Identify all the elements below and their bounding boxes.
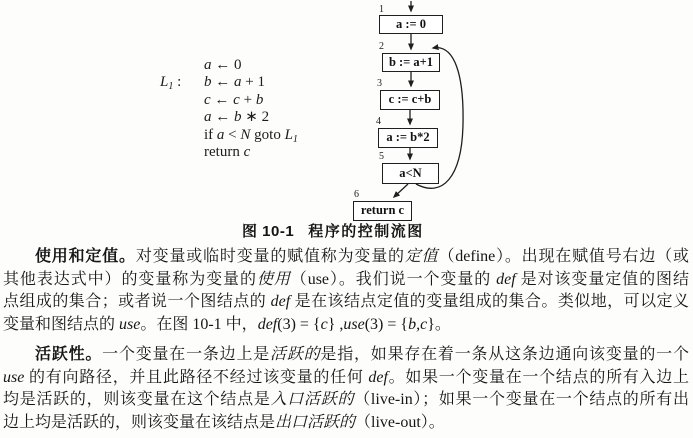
flow-node-5: a<N [382, 163, 439, 184]
text-segment: ← [212, 74, 235, 90]
flow-node-1-number: 1 [379, 5, 384, 15]
text-segment: b [256, 92, 264, 108]
flow-node-1: a := 0 [379, 15, 443, 34]
text-segment: goto [250, 127, 284, 143]
pseudocode-code: return c [204, 144, 250, 160]
text-segment: 使用和定值。 [35, 248, 136, 265]
text-segment: 定值 [405, 248, 439, 265]
body-line: 点组成的集合；或者说一个图结点的 def 是在该结点定值的变量组成的集合。类似地… [3, 291, 689, 314]
text-segment: } , [328, 316, 344, 333]
text-segment: + 1 [242, 74, 265, 90]
figure-caption: 图 10-1程序的控制流图 [242, 220, 424, 241]
text-segment: 一个变量在一条边上是 [102, 346, 270, 363]
text-segment: 活跃性。 [35, 346, 102, 363]
pseudocode-line: a ← b ∗ 2 [160, 109, 298, 126]
flow-node-4: a := b*2 [378, 128, 438, 148]
pseudocode-line: a ← 0 [160, 57, 298, 74]
flow-node-6: return c [353, 201, 412, 221]
text-segment: ← [212, 109, 235, 125]
text-segment: return [204, 144, 244, 160]
text-segment: : [173, 74, 181, 90]
text-segment: def [496, 271, 516, 288]
body-line: 变量和图结点的 use。在图 10-1 中，def(3) = {c} ,use(… [3, 314, 689, 337]
pseudocode-code: a ← b ∗ 2 [204, 109, 269, 125]
edge-5-6 [394, 184, 408, 197]
text-segment: L [285, 127, 293, 143]
pseudocode-code: c ← c + b [204, 92, 263, 108]
body-line: use 的有向路径，并且此路径不经过该变量的任何 def。如果一个变量在一个结点… [3, 367, 689, 390]
text-segment: b [234, 109, 242, 125]
flow-node-5-number: 5 [379, 152, 384, 162]
pseudocode-code: a ← 0 [204, 57, 242, 73]
text-segment: 入口活跃的 [271, 391, 355, 408]
text-segment: ← [211, 92, 234, 108]
body-text: 使用和定值。对变量或临时变量的赋值称为变量的定值（define）。出现在赋值号右… [3, 246, 689, 435]
text-segment: 点组成的集合；或者说一个图结点的 [3, 293, 271, 310]
body-line: 均是活跃的，则该变量在这个结点是入口活跃的（live-in）；如果一个变量在一个… [3, 389, 689, 412]
body-line: 使用和定值。对变量或临时变量的赋值称为变量的定值（define）。出现在赋值号右… [3, 246, 689, 269]
text-segment: def [271, 293, 291, 310]
pseudocode-line: return c [160, 144, 298, 161]
text-segment: 是在该结点定值的变量组成的集合。类似地，可以定义 [290, 293, 689, 310]
text-segment: 。如果一个变量在一个结点的所有入边上 [388, 369, 689, 386]
text-segment: c [233, 92, 240, 108]
flowchart-arrows [0, 0, 693, 246]
text-segment: 是对该变量定值的图结 [516, 271, 689, 288]
text-segment: (3) = { [365, 316, 408, 333]
text-segment: （live-in）；如果一个变量在一个结点的所有出 [354, 391, 689, 408]
text-segment: if [204, 127, 217, 143]
figure-10-1: a ← 0L1 :b ← a + 1c ← c + ba ← b ∗ 2if a… [0, 0, 693, 246]
body-line: 边上均是活跃的，则该变量在该结点是出口活跃的（live-out）。 [3, 412, 689, 435]
text-segment: + [240, 92, 256, 108]
text-segment: (3) = { [277, 316, 320, 333]
text-segment: 的有向路径，并且此路径不经过该变量的任何 [24, 369, 368, 386]
text-segment: < [224, 127, 240, 143]
pseudocode-listing: a ← 0L1 :b ← a + 1c ← c + ba ← b ∗ 2if a… [160, 57, 298, 161]
text-segment: a [234, 74, 242, 90]
text-segment: use [3, 369, 24, 386]
text-segment: b [204, 74, 212, 90]
text-segment: 边上均是活跃的，则该变量在该结点是 [3, 414, 275, 431]
text-segment: 变量和图结点的 [3, 316, 119, 333]
text-segment: c [321, 316, 328, 333]
text-segment: use [119, 316, 140, 333]
text-segment: 使用 [257, 271, 291, 288]
text-segment: c [204, 92, 211, 108]
pseudocode-code: if a < N goto L1 [204, 127, 298, 143]
text-segment: a [204, 57, 212, 73]
flow-node-6-number: 6 [354, 190, 359, 200]
pseudocode-code: b ← a + 1 [204, 74, 265, 90]
flow-node-3: c := c+b [380, 90, 440, 110]
pseudocode-line: if a < N goto L1 [160, 127, 298, 144]
flow-node-4-number: 4 [376, 117, 381, 127]
text-segment: 对变量或临时变量的赋值称为变量的 [136, 248, 405, 265]
text-segment: （use）。我们说一个变量的 [291, 271, 496, 288]
text-segment: 。在图 10-1 中， [140, 316, 257, 333]
text-segment: 其他表达式中）的变量称为变量的 [3, 271, 257, 288]
text-segment: ∗ 2 [242, 109, 270, 125]
text-segment: 出口活跃的 [275, 414, 355, 431]
text-segment: （define）。出现在赋值号右边（或 [438, 248, 689, 265]
figure-caption-number: 图 10-1 [242, 223, 294, 240]
text-segment: 均是活跃的，则该变量在这个结点是 [3, 391, 271, 408]
text-segment: 1 [293, 134, 298, 145]
text-segment: 是指，如果存在着一条从这条边通向该变量的一个 [320, 346, 689, 363]
flow-node-2: b := a+1 [382, 53, 440, 72]
text-segment: use [343, 316, 364, 333]
body-line: 其他表达式中）的变量称为变量的使用（use）。我们说一个变量的 def 是对该变… [3, 269, 689, 292]
body-line: 活跃性。一个变量在一条边上是活跃的是指，如果存在着一条从这条边通向该变量的一个 [3, 344, 689, 367]
flow-node-2-number: 2 [379, 42, 384, 52]
text-segment: def [258, 316, 278, 333]
text-segment: N [240, 127, 250, 143]
text-segment: def [368, 369, 388, 386]
text-segment: a [204, 109, 212, 125]
text-segment: c [244, 144, 251, 160]
pseudocode-line: c ← c + b [160, 92, 298, 109]
text-segment: （live-out）。 [355, 414, 445, 431]
pseudocode-line: L1 :b ← a + 1 [160, 74, 298, 91]
text-segment: b,c [408, 316, 427, 333]
textbook-page: a ← 0L1 :b ← a + 1c ← c + ba ← b ∗ 2if a… [0, 0, 693, 438]
text-segment: ← 0 [212, 57, 242, 73]
flow-node-3-number: 3 [377, 79, 382, 89]
figure-caption-title: 程序的控制流图 [308, 223, 424, 240]
text-segment: 活跃的 [270, 346, 320, 363]
text-segment: }。 [427, 316, 451, 333]
